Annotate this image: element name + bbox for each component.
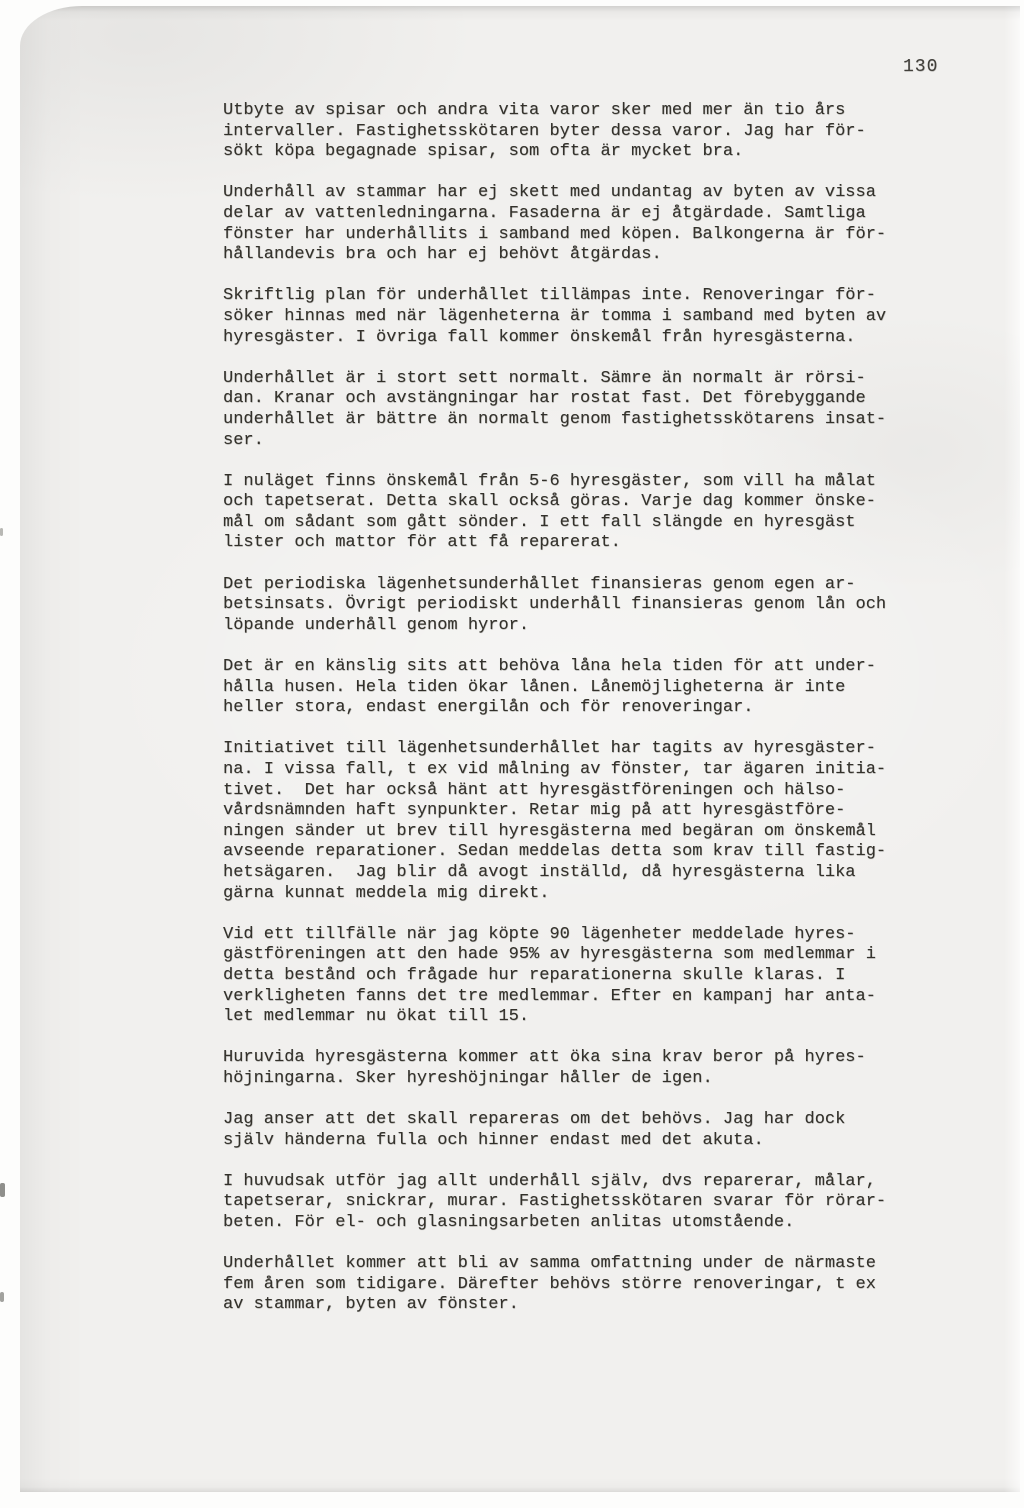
paragraph-kanslig-sits: Det är en känslig sits att behöva låna h… [223, 657, 923, 719]
scan-viewport: 130 Utbyte av spisar och andra vita varo… [0, 0, 1024, 1508]
scan-artifact-speck [0, 1183, 5, 1197]
paragraph-huruvida-krav: Huruvida hyresgästerna kommer att öka si… [223, 1048, 923, 1089]
paragraph-skriftlig-plan: Skriftlig plan för underhållet tillämpas… [223, 286, 923, 348]
paragraph-huvudsak-utfor: I huvudsak utför jag allt underhåll själ… [223, 1172, 923, 1234]
paragraph-nulaget-onskemal: I nuläget finns önskemål från 5-6 hyresg… [223, 472, 923, 554]
paragraph-initiativet: Initiativet till lägenhetsunderhållet ha… [223, 739, 923, 904]
paragraph-underhall-stammar: Underhåll av stammar har ej skett med un… [223, 183, 923, 265]
paragraph-finansiering: Det periodiska lägenhetsunderhållet fina… [223, 575, 923, 637]
page-body-text: Utbyte av spisar och andra vita varor sk… [223, 101, 923, 1337]
paragraph-underhallet-normalt: Underhållet är i stort sett normalt. Säm… [223, 369, 923, 451]
page-number: 130 [903, 56, 938, 78]
scanned-page: 130 Utbyte av spisar och andra vita varo… [20, 6, 1020, 1492]
scan-artifact-speck [0, 528, 3, 536]
paragraph-samma-omfattning: Underhållet kommer att bli av samma omfa… [223, 1254, 923, 1316]
paragraph-utbyte-spisar: Utbyte av spisar och andra vita varor sk… [223, 101, 923, 163]
paragraph-jag-anser: Jag anser att det skall repareras om det… [223, 1110, 923, 1151]
paragraph-tillfalle-90-lagenheter: Vid ett tillfälle när jag köpte 90 lägen… [223, 925, 923, 1028]
scan-artifact-speck [0, 1292, 4, 1302]
